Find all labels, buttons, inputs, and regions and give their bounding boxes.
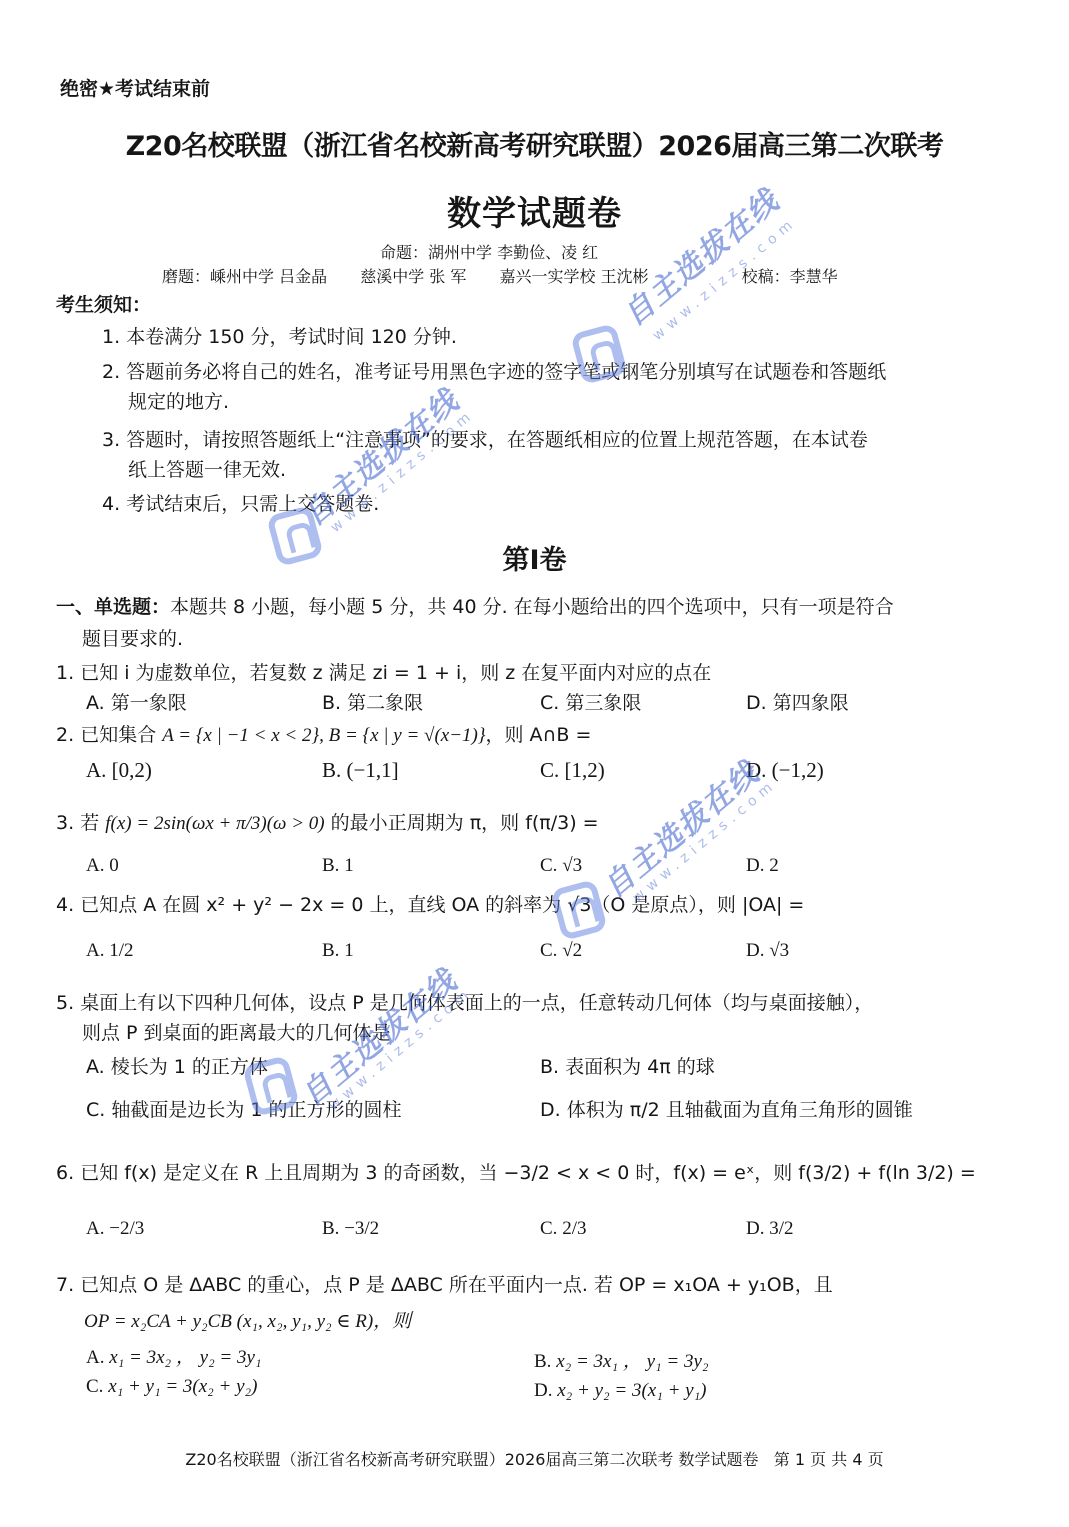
q6-option-d: D. 3/2 bbox=[746, 1218, 794, 1240]
q3-option-c: C. √3 bbox=[540, 855, 582, 877]
reviewer-3: 嘉兴一实学校 王沈彬 bbox=[499, 267, 648, 286]
q3-option-b: B. 1 bbox=[322, 855, 354, 877]
q3-option-d: D. 2 bbox=[746, 855, 779, 877]
q2-option-b: B. (−1,1] bbox=[322, 758, 399, 783]
notice-title: 考生须知： bbox=[56, 290, 151, 317]
proofreader: 校稿：李慧华 bbox=[742, 267, 838, 286]
notice-item-3: 3. 答题时，请按照答题纸上“注意事项”的要求，在答题纸相应的位置上规范答题，在… bbox=[102, 423, 868, 457]
credits-authors: 命题：湖州中学 李勤俭、凌 红 bbox=[380, 240, 598, 263]
question-2-stem: 2. 已知集合 A = {x | −1 < x < 2}, B = {x | y… bbox=[56, 720, 591, 747]
q2-option-a: A. [0,2) bbox=[86, 758, 152, 783]
q5-option-d: D. 体积为 π/2 且轴截面为直角三角形的圆锥 bbox=[540, 1095, 913, 1122]
notice-item-2: 2. 答题前务必将自己的姓名，准考证号用黑色字迹的签字笔或钢笔分别填写在试题卷和… bbox=[102, 355, 886, 389]
notice-item-1: 1. 本卷满分 150 分，考试时间 120 分钟. bbox=[102, 320, 457, 354]
question-7-stem: 7. 已知点 O 是 ΔABC 的重心，点 P 是 ΔABC 所在平面内一点. … bbox=[56, 1270, 833, 1297]
q2-option-d: D. (−1,2) bbox=[746, 758, 824, 783]
reviewer-1: 磨题：嵊州中学 吕金晶 bbox=[162, 267, 327, 286]
section-header-cont: 题目要求的. bbox=[82, 624, 183, 651]
q4-option-c: C. √2 bbox=[540, 940, 582, 962]
notice-item-2-cont: 规定的地方. bbox=[128, 385, 229, 419]
q6-option-b: B. −3/2 bbox=[322, 1218, 379, 1240]
exam-title: Z20名校联盟（浙江省名校新高考研究联盟）2026届高三第二次联考 bbox=[0, 124, 1069, 163]
q6-option-a: A. −2/3 bbox=[86, 1218, 144, 1240]
reviewer-2: 慈溪中学 张 军 bbox=[360, 267, 466, 286]
question-1-stem: 1. 已知 i 为虚数单位，若复数 z 满足 zi = 1 + i，则 z 在复… bbox=[56, 658, 711, 685]
q7-option-a: A. x₁ = 3x₂ ， y₂ = 3y₁ bbox=[86, 1342, 262, 1369]
question-4-stem: 4. 已知点 A 在圆 x² + y² − 2x = 0 上，直线 OA 的斜率… bbox=[56, 890, 804, 917]
q5-option-b: B. 表面积为 4π 的球 bbox=[540, 1052, 715, 1079]
q5-option-c: C. 轴截面是边长为 1 的正方形的圆柱 bbox=[86, 1095, 402, 1122]
question-5-stem-cont: 则点 P 到桌面的距离最大的几何体是 bbox=[82, 1018, 391, 1045]
question-7-stem-cont: OP = x₂CA + y₂CB (x₁, x₂, y₁, y₂ ∈ R)，则 bbox=[84, 1306, 411, 1333]
q7-option-c: C. x₁ + y₁ = 3(x₂ + y₂) bbox=[86, 1376, 257, 1398]
q1-option-c: C. 第三象限 bbox=[540, 688, 641, 715]
q4-option-a: A. 1/2 bbox=[86, 940, 134, 962]
question-6-stem: 6. 已知 f(x) 是定义在 R 上且周期为 3 的奇函数，当 −3/2 < … bbox=[56, 1158, 976, 1185]
question-5-stem: 5. 桌面上有以下四种几何体，设点 P 是几何体表面上的一点，任意转动几何体（均… bbox=[56, 988, 873, 1015]
q4-option-d: D. √3 bbox=[746, 940, 789, 962]
section-header: 一、单选题：本题共 8 小题，每小题 5 分，共 40 分. 在每小题给出的四个… bbox=[56, 592, 894, 619]
q1-option-b: B. 第二象限 bbox=[322, 688, 423, 715]
watermark-url: www.zizzs.com bbox=[630, 776, 781, 906]
q1-option-d: D. 第四象限 bbox=[746, 688, 849, 715]
q4-option-b: B. 1 bbox=[322, 940, 354, 962]
q7-option-d: D. x₂ + y₂ = 3(x₁ + y₁) bbox=[534, 1380, 707, 1402]
part-title: 第Ⅰ卷 bbox=[0, 538, 1069, 577]
page-footer: Z20名校联盟（浙江省名校新高考研究联盟）2026届高三第二次联考 数学试题卷 … bbox=[0, 1447, 1069, 1470]
q2-option-c: C. [1,2) bbox=[540, 758, 605, 783]
q3-option-a: A. 0 bbox=[86, 855, 119, 877]
notice-item-3-cont: 纸上答题一律无效. bbox=[128, 453, 286, 487]
exam-subtitle: 数学试题卷 bbox=[0, 186, 1069, 235]
watermark-text: 自主选拔在线 bbox=[592, 749, 767, 906]
confidential-label: 绝密★考试结束前 bbox=[60, 74, 210, 101]
q6-option-c: C. 2/3 bbox=[540, 1218, 586, 1240]
notice-item-4: 4. 考试结束后，只需上交答题卷. bbox=[102, 487, 379, 521]
credits-reviewers: 磨题：嵊州中学 吕金晶 慈溪中学 张 军 嘉兴一实学校 王沈彬 校稿：李慧华 bbox=[162, 264, 866, 287]
q1-option-a: A. 第一象限 bbox=[86, 688, 187, 715]
q5-option-a: A. 棱长为 1 的正方体 bbox=[86, 1052, 268, 1079]
question-3-stem: 3. 若 f(x) = 2sin(ωx + π/3)(ω > 0) 的最小正周期… bbox=[56, 808, 599, 835]
page-number: 第 1 页 共 4 页 bbox=[774, 1450, 884, 1469]
q7-option-b: B. x₂ = 3x₁ ， y₁ = 3y₂ bbox=[534, 1346, 709, 1373]
